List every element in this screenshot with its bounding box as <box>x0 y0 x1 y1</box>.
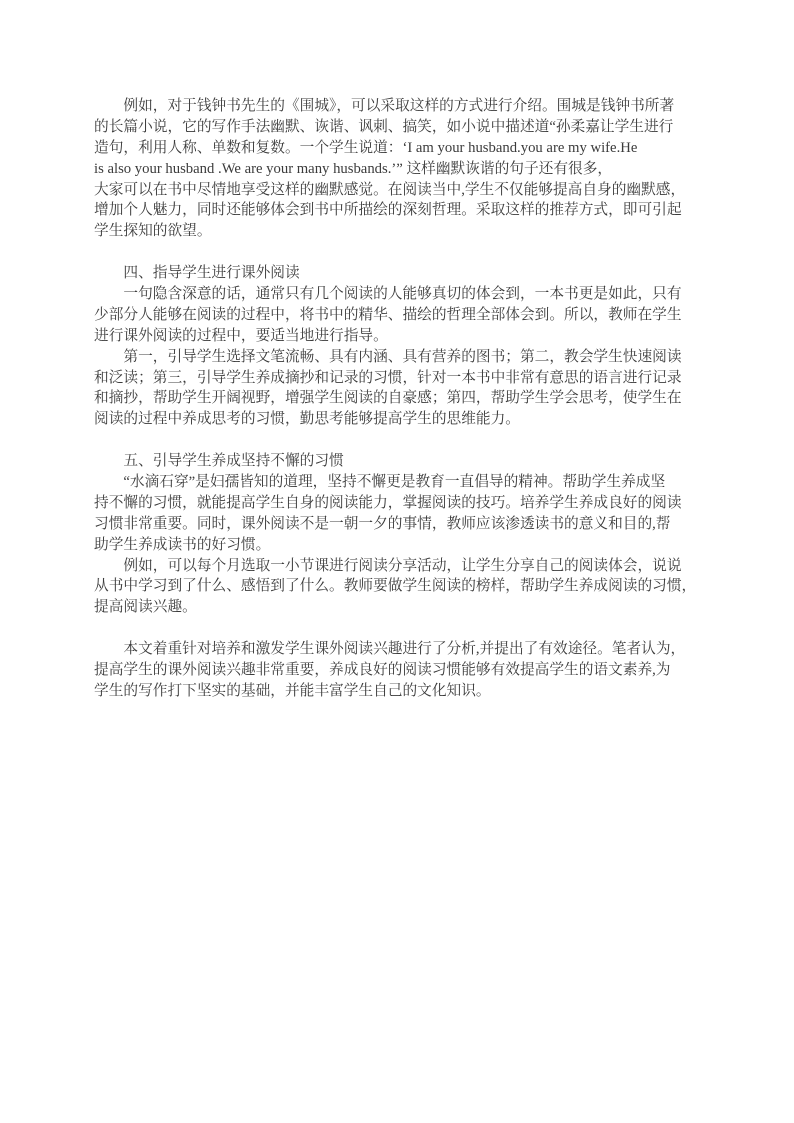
text-line: 阅读的过程中养成思考的习惯，勤思考能够提高学生的思维能力。 <box>94 409 700 430</box>
text-line: 一句隐含深意的话，通常只有几个阅读的人能够真切的体会到，一本书更是如此，只有 <box>94 284 700 305</box>
blank-line <box>94 430 700 451</box>
document-page: 例如，对于钱钟书先生的《围城》，可以采取这样的方式进行介绍。围城是钱钟书所著的长… <box>0 0 794 1123</box>
text-line: 本文着重针对培养和激发学生课外阅读兴趣进行了分析,并提出了有效途径。笔者认为， <box>94 639 700 660</box>
text-line: 例如，可以每个月选取一小节课进行阅读分享活动，让学生分享自己的阅读体会，说说 <box>94 556 700 577</box>
text-line: 的长篇小说，它的写作手法幽默、诙谐、讽刺、搞笑，如小说中描述道“孙柔嘉让学生进行 <box>94 117 700 138</box>
text-line: 例如，对于钱钟书先生的《围城》，可以采取这样的方式进行介绍。围城是钱钟书所著 <box>94 96 700 117</box>
text-line: 提高阅读兴趣。 <box>94 597 700 618</box>
text-line: 五、引导学生养成坚持不懈的习惯 <box>94 451 700 472</box>
text-line: 持不懈的习惯，就能提高学生自身的阅读能力，掌握阅读的技巧。培养学生养成良好的阅读 <box>94 493 700 514</box>
text-line: 学生的写作打下坚实的基础，并能丰富学生自己的文化知识。 <box>94 681 700 702</box>
text-line: 造句，利用人称、单数和复数。一个学生说道：‘I am your husband.… <box>94 138 700 159</box>
text-line: “水滴石穿”是妇孺皆知的道理，坚持不懈更是教育一直倡导的精神。帮助学生养成坚 <box>94 472 700 493</box>
text-line: 学生探知的欲望。 <box>94 221 700 242</box>
text-line: 第一，引导学生选择文笔流畅、具有内涵、具有营养的图书；第二，教会学生快速阅读 <box>94 347 700 368</box>
text-line: 少部分人能够在阅读的过程中，将书中的精华、描绘的哲理全部体会到。所以，教师在学生 <box>94 305 700 326</box>
text-line: 从书中学习到了什么、感悟到了什么。教师要做学生阅读的榜样，帮助学生养成阅读的习惯… <box>94 576 700 597</box>
text-line: 大家可以在书中尽情地享受这样的幽默感觉。在阅读当中,学生不仅能够提高自身的幽默感… <box>94 180 700 201</box>
text-line: is also your husband .We are your many h… <box>94 159 700 180</box>
text-line: 提高学生的课外阅读兴趣非常重要，养成良好的阅读习惯能够有效提高学生的语文素养,为 <box>94 660 700 681</box>
document-content: 例如，对于钱钟书先生的《围城》，可以采取这样的方式进行介绍。围城是钱钟书所著的长… <box>94 96 700 702</box>
text-line: 增加个人魅力，同时还能够体会到书中所描绘的深刻哲理。采取这样的推荐方式，即可引起 <box>94 200 700 221</box>
text-line: 和泛读；第三，引导学生养成摘抄和记录的习惯，针对一本书中非常有意思的语言进行记录 <box>94 368 700 389</box>
blank-line <box>94 618 700 639</box>
text-line: 助学生养成读书的好习惯。 <box>94 535 700 556</box>
text-line: 四、指导学生进行课外阅读 <box>94 263 700 284</box>
text-line: 习惯非常重要。同时，课外阅读不是一朝一夕的事情，教师应该渗透读书的意义和目的,帮 <box>94 514 700 535</box>
text-line: 和摘抄，帮助学生开阔视野，增强学生阅读的自豪感；第四，帮助学生学会思考，使学生在 <box>94 388 700 409</box>
blank-line <box>94 242 700 263</box>
text-line: 进行课外阅读的过程中，要适当地进行指导。 <box>94 326 700 347</box>
